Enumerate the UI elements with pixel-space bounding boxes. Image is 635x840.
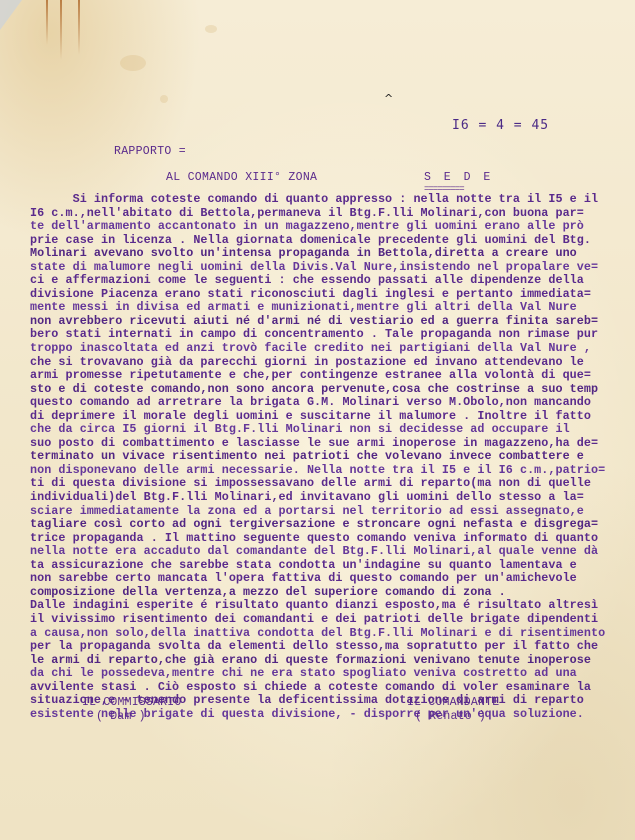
rust-stain — [46, 0, 48, 45]
body-line: individuali)del Btg.F.lli Molinari,ed in… — [30, 491, 635, 505]
signature-commissario-name: ( Dam ) — [96, 710, 146, 723]
body-line: da chi le possedeva,mentre chi ne era st… — [30, 667, 635, 681]
signature-comandante-name: ( Renato ) — [415, 710, 486, 723]
document-location: S E D E — [424, 171, 493, 184]
report-body: Si informa coteste comando di quanto app… — [30, 193, 635, 721]
body-line: terminato un vivace risentimento nei pat… — [30, 450, 635, 464]
body-line: avvilente stasi . Ciò esposto si chiede … — [30, 681, 635, 695]
body-line: nella notte era accaduto dal comandante … — [30, 545, 635, 559]
body-line: Dalle indagini esperite é risultato quan… — [30, 599, 635, 613]
body-line: Molinari avevano svolto un'intensa propa… — [30, 247, 635, 261]
document-page: ^ I6 = 4 = 45 RAPPORTO = AL COMANDO XIII… — [0, 0, 635, 840]
body-line: ci e affermazioni come le seguenti : che… — [30, 274, 635, 288]
signature-comandante-title: IL COMANDANTE — [407, 696, 499, 709]
body-line: ta assicurazione che sarebbe stata condo… — [30, 559, 635, 573]
paper-stain — [205, 25, 217, 33]
body-line: Si informa coteste comando di quanto app… — [30, 193, 635, 207]
paper-stain — [120, 55, 146, 71]
body-line: trice propaganda . Il mattino seguente q… — [30, 532, 635, 546]
body-line: I6 c.m.,nell'abitato di Bettola,permanev… — [30, 207, 635, 221]
rust-stain — [78, 0, 80, 55]
body-line: per la propaganda svolta da elementi del… — [30, 640, 635, 654]
body-line: troppo inascoltata ed anzi trovò facile … — [30, 342, 635, 356]
body-line: le armi di reparto,che già erano di ques… — [30, 654, 635, 668]
caret-mark: ^ — [384, 92, 393, 105]
torn-corner — [0, 0, 22, 30]
body-line: che si trovavano già da parecchi giorni … — [30, 356, 635, 370]
paper-stain — [160, 95, 168, 103]
body-line: prie case in licenza . Nella giornata do… — [30, 234, 635, 248]
body-line: mente messi in divisa ed armati e munizi… — [30, 301, 635, 315]
body-line: non disponevano delle armi necessarie. N… — [30, 464, 635, 478]
document-subject: RAPPORTO = — [114, 145, 186, 158]
document-date: I6 = 4 = 45 — [452, 118, 549, 133]
body-line: sciare immediatamente la zona ed a porta… — [30, 505, 635, 519]
signature-commissario-title: IL COMMISSARIO — [82, 696, 181, 709]
body-line: di deprimere il morale degli uomini e su… — [30, 410, 635, 424]
body-line: non sarebbe certo mancata l'opera fattiv… — [30, 572, 635, 586]
body-line: a causa,non solo,della inattiva condotta… — [30, 627, 635, 641]
body-line: composizione della vertenza,a mezzo del … — [30, 586, 635, 600]
body-line: suo posto di combattimento e lasciasse l… — [30, 437, 635, 451]
body-line: divisione Piacenza erano stati riconosci… — [30, 288, 635, 302]
body-line: il vivissimo risentimento dei comandanti… — [30, 613, 635, 627]
rust-stain — [60, 0, 62, 60]
body-line: non avrebbero ricevuti aiuti né d'armi n… — [30, 315, 635, 329]
document-recipient: AL COMANDO XIII° ZONA — [166, 171, 317, 184]
body-line: sto e di coteste comando,non sono ancora… — [30, 383, 635, 397]
body-line: tagliare così corto ad ogni tergiversazi… — [30, 518, 635, 532]
body-line: questo comando ad arretrare la brigata G… — [30, 396, 635, 410]
body-line: bero stati internati in campo di concent… — [30, 328, 635, 342]
body-line: state di malumore negli uomini della Div… — [30, 261, 635, 275]
body-line: armi promesse ripetutamente e che,per co… — [30, 369, 635, 383]
body-line: te dell'armamento accantonato in un maga… — [30, 220, 635, 234]
body-line: ti di questa divisione si impossessavano… — [30, 477, 635, 491]
body-line: che da circa I5 giorni il Btg.F.lli Moli… — [30, 423, 635, 437]
